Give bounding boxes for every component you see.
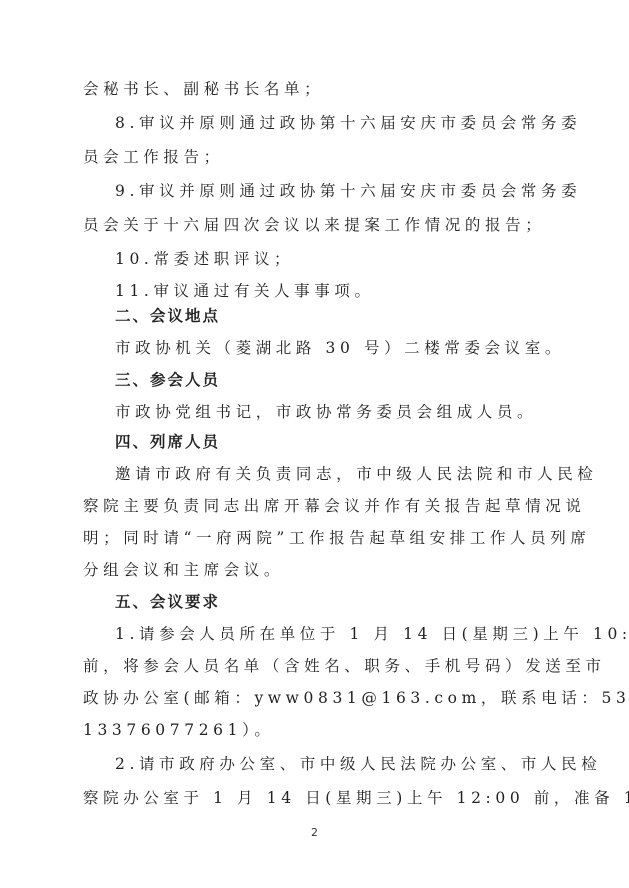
paragraph-line: 11.审议通过有关人事事项。	[115, 281, 543, 301]
paragraph-line: 明；同时请“一府两院”工作报告起草组安排工作人员列席	[83, 528, 543, 548]
paragraph-line: 市政协机关（菱湖北路 30 号）二楼常委会议室。	[115, 338, 543, 358]
paragraph-line: 1.请参会人员所在单位于 1 月 14 日(星期三)上午 10:00	[115, 624, 543, 644]
section-heading: 五、会议要求	[115, 592, 543, 612]
paragraph-line: 市政协党组书记，市政协常务委员会组成人员。	[115, 402, 543, 422]
paragraph-line: 政协办公室(邮箱：yww0831@163.com，联系电话：5346218，	[83, 688, 543, 708]
section-heading: 二、会议地点	[115, 306, 543, 326]
paragraph-line: 13376077261）。	[83, 720, 543, 740]
paragraph-line: 察院主要负责同志出席开幕会议并作有关报告起草情况说	[83, 496, 543, 516]
section-heading: 四、列席人员	[115, 432, 543, 452]
document-page: 会秘书长、副秘书长名单；8.审议并原则通过政协第十六届安庆市委员会常务委员会工作…	[0, 0, 629, 888]
paragraph-line: 前，将参会人员名单（含姓名、职务、手机号码）发送至市	[83, 656, 543, 676]
paragraph-line: 员会关于十六届四次会议以来提案工作情况的报告；	[83, 215, 543, 235]
paragraph-line: 会秘书长、副秘书长名单；	[83, 79, 543, 99]
paragraph-line: 10.常委述职评议；	[115, 249, 543, 269]
paragraph-line: 分组会议和主席会议。	[83, 560, 543, 580]
section-heading: 三、参会人员	[115, 370, 543, 390]
paragraph-line: 9.审议并原则通过政协第十六届安庆市委员会常务委	[115, 181, 543, 201]
paragraph-line: 2.请市政府办公室、市中级人民法院办公室、市人民检	[115, 754, 543, 774]
page-number: 2	[0, 826, 629, 839]
paragraph-line: 察院办公室于 1 月 14 日(星期三)上午 12:00 前，准备 100	[83, 788, 543, 808]
paragraph-line: 邀请市政府有关负责同志，市中级人民法院和市人民检	[115, 464, 543, 484]
paragraph-line: 员会工作报告；	[83, 147, 543, 167]
paragraph-line: 8.审议并原则通过政协第十六届安庆市委员会常务委	[115, 113, 543, 133]
